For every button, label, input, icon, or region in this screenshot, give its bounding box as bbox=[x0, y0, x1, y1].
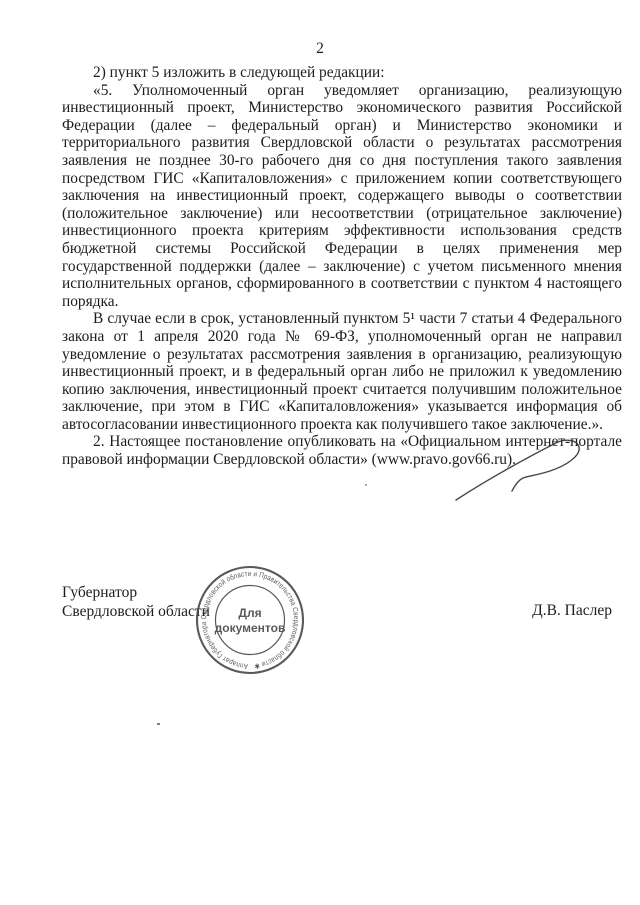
stamp-center-line2: документов bbox=[215, 621, 286, 635]
scan-speck bbox=[365, 484, 367, 486]
signature-title-block: Губернатор Свердловской области bbox=[62, 584, 210, 621]
signature-stroke-icon bbox=[440, 428, 600, 508]
signature-title-line1: Губернатор bbox=[62, 584, 210, 603]
signatory-name: Д.В. Паслер bbox=[532, 602, 612, 621]
paragraph-amendment-intro: 2) пункт 5 изложить в следующей редакции… bbox=[62, 64, 622, 82]
stamp-icon: Аппарат Губернатора Свердловской области… bbox=[192, 562, 308, 678]
page-number: 2 bbox=[0, 40, 640, 57]
paragraph-point-5: «5. Уполномоченный орган уведомляет орга… bbox=[62, 82, 622, 311]
handwritten-signature-stroke bbox=[440, 428, 600, 508]
stamp-center-line1: Для bbox=[238, 606, 261, 620]
scan-speck bbox=[157, 723, 160, 725]
document-page: 2 2) пункт 5 изложить в следующей редакц… bbox=[0, 0, 640, 905]
document-body: 2) пункт 5 изложить в следующей редакции… bbox=[62, 64, 622, 469]
stamp-inner-ring bbox=[216, 586, 285, 655]
stamp-outer-ring bbox=[197, 567, 303, 673]
official-round-stamp: Аппарат Губернатора Свердловской области… bbox=[192, 562, 308, 678]
paragraph-deadline-case: В случае если в срок, установленный пунк… bbox=[62, 310, 622, 433]
signature-title-line2: Свердловской области bbox=[62, 603, 210, 622]
